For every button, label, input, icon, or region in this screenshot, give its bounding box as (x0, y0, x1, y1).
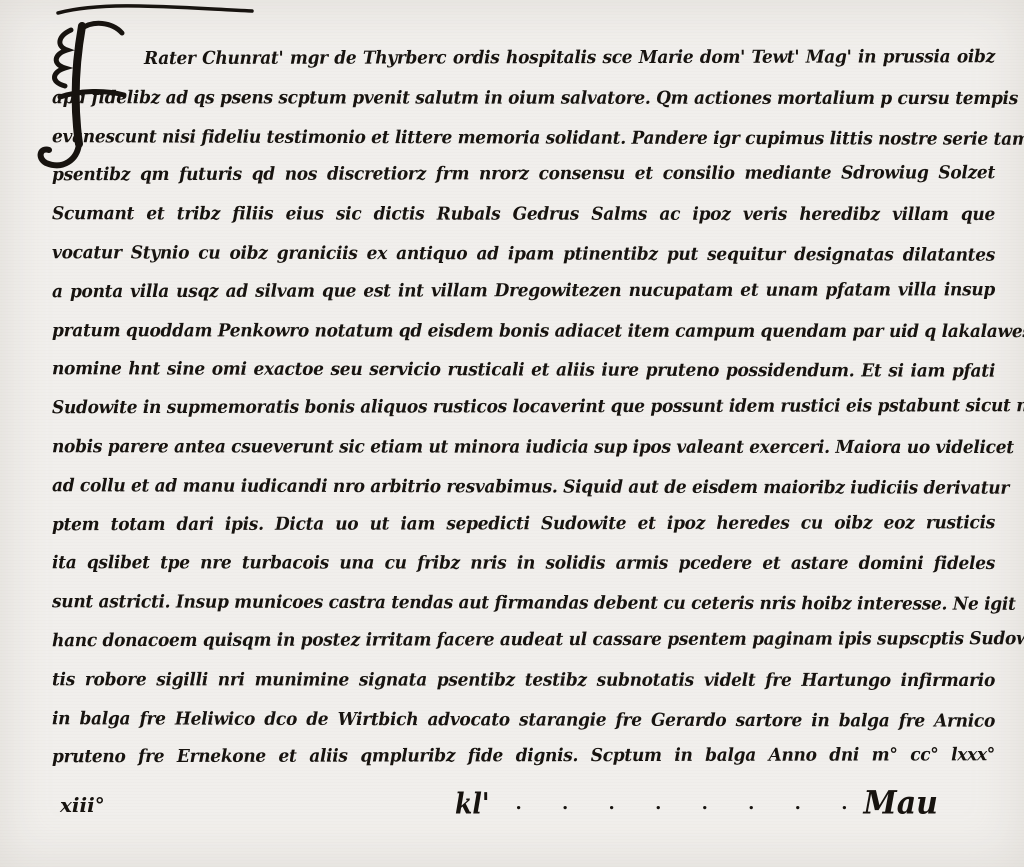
initial-top-flag (81, 23, 122, 33)
month-mark: Mau (863, 785, 937, 822)
date-dots: . . . . . . . . (515, 793, 847, 814)
pen-flourish-swash (58, 6, 252, 13)
manuscript-line-8: pratum quoddam Penkowro notatum qd eisde… (52, 311, 995, 353)
manuscript-line-5: Scumant et tribz filiis eius sic dictis … (52, 194, 995, 236)
manuscript-line-2: apd fidelibz ad qs psens scptum pvenit s… (52, 78, 995, 120)
manuscript-line-10: Sudowite in supmemoratis bonis aliquos r… (52, 386, 995, 429)
manuscript-line-4: psentibz qm futuris qd nos discretiorz f… (52, 153, 995, 196)
manuscript-line-7: a ponta villa usqz ad silvam que est int… (52, 270, 995, 313)
manuscript-line-16: hanc donacoem quisqm in postez irritam f… (52, 619, 995, 662)
charter-text-block: Rater Chunrat' mgr de Thyrberc ordis hos… (52, 40, 995, 777)
date-numeral: xiii° (60, 793, 105, 817)
manuscript-line-1: Rater Chunrat' mgr de Thyrberc ordis hos… (52, 37, 995, 80)
manuscript-line-17: tis robore sigilli nri munimine signata … (52, 660, 995, 702)
kalendas-mark: kl' (455, 787, 489, 820)
manuscript-line-11: nobis parere antea csueverunt sic etiam … (52, 427, 995, 469)
date-line: kl' . . . . . . . . Mau (455, 786, 938, 821)
manuscript-scan: Rater Chunrat' mgr de Thyrberc ordis hos… (0, 0, 1024, 867)
manuscript-line-14: ita qslibet tpe nre turbacois una cu fri… (52, 543, 995, 585)
manuscript-line-19: pruteno fre Ernekone et aliis qmpluribz … (52, 735, 995, 778)
manuscript-line-13: ptem totam dari ipis. Dicta uo ut iam se… (52, 503, 995, 546)
